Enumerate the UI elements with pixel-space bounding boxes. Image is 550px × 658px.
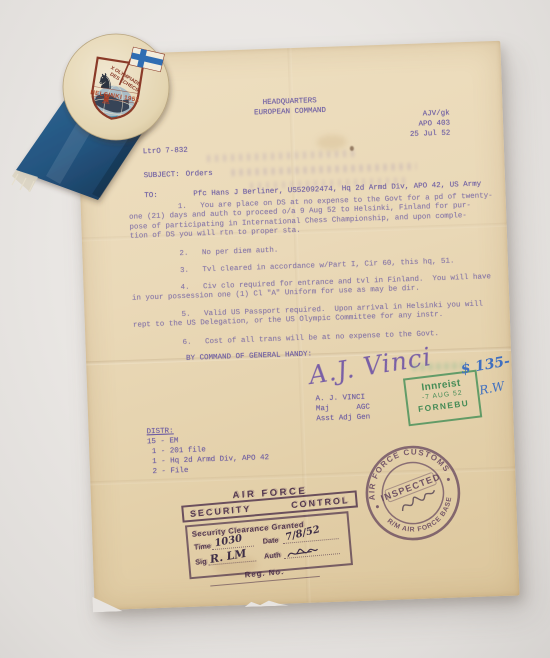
torn-corner	[92, 589, 123, 612]
security-control-stamp: AIR FORCE SECURITY CONTROL Security Clea…	[181, 484, 361, 595]
distribution-item: 15 - EM	[147, 437, 179, 448]
ink-speck	[350, 146, 354, 151]
fee-initials: R.W	[478, 379, 505, 398]
photo-background: HEADQUARTERS EUROPEAN COMMAND AJV/gk APO…	[0, 0, 550, 658]
office-symbol: AJV/gk	[423, 110, 450, 120]
security-word: SECURITY	[189, 503, 251, 518]
typed-line: 6. Cost of all trans will be at no expen…	[133, 327, 513, 350]
ghost-ink-smudge	[207, 150, 357, 162]
control-word: CONTROL	[291, 495, 350, 510]
paragraph-6: 6. Cost of all trans will be at no expen…	[133, 327, 513, 350]
date-label: Date	[262, 535, 279, 545]
stain	[316, 134, 347, 150]
chess-olympiad-badge: ♞ ♜ X OLYMPIADE DES ÉCHECS HELSINKI 1952	[63, 34, 169, 140]
apo-number: APO 403	[418, 120, 450, 131]
signer-title: Asst Adj Gen	[316, 414, 370, 425]
fornebu-entry-stamp: Innreist -7 AUG 52 FORNEBU	[403, 370, 482, 427]
auth-label: Auth	[264, 550, 282, 560]
separator-dot	[446, 478, 450, 482]
customs-inspected-text: INSPECTED	[379, 471, 442, 503]
sig-label: Sig	[195, 557, 207, 567]
paragraph-4: 4. Civ clo required for entrance and tvl…	[132, 273, 512, 305]
ghost-ink-smudge	[232, 163, 417, 176]
air-force-customs-stamp: AIR FORCE CUSTOMS R/M AIR FORCE BASE INS…	[348, 428, 477, 557]
time-label: Time	[193, 541, 211, 551]
distribution-label: DISTR:	[146, 427, 173, 437]
letter-date: 25 Jul 52	[410, 130, 451, 141]
distribution-item: 2 - File	[148, 467, 189, 478]
olympiad-pin-assembly: ♞ ♜ X OLYMPIADE DES ÉCHECS HELSINKI 1952	[8, 16, 208, 226]
by-command-line: BY COMMAND OF GENERAL HANDY:	[186, 351, 312, 365]
separator-dot	[376, 505, 380, 509]
paragraph-5: 5. Valid US Passport required. Upon arri…	[132, 299, 512, 331]
torn-edge	[245, 598, 289, 607]
fee-amount-note: $ 135-	[459, 353, 511, 377]
